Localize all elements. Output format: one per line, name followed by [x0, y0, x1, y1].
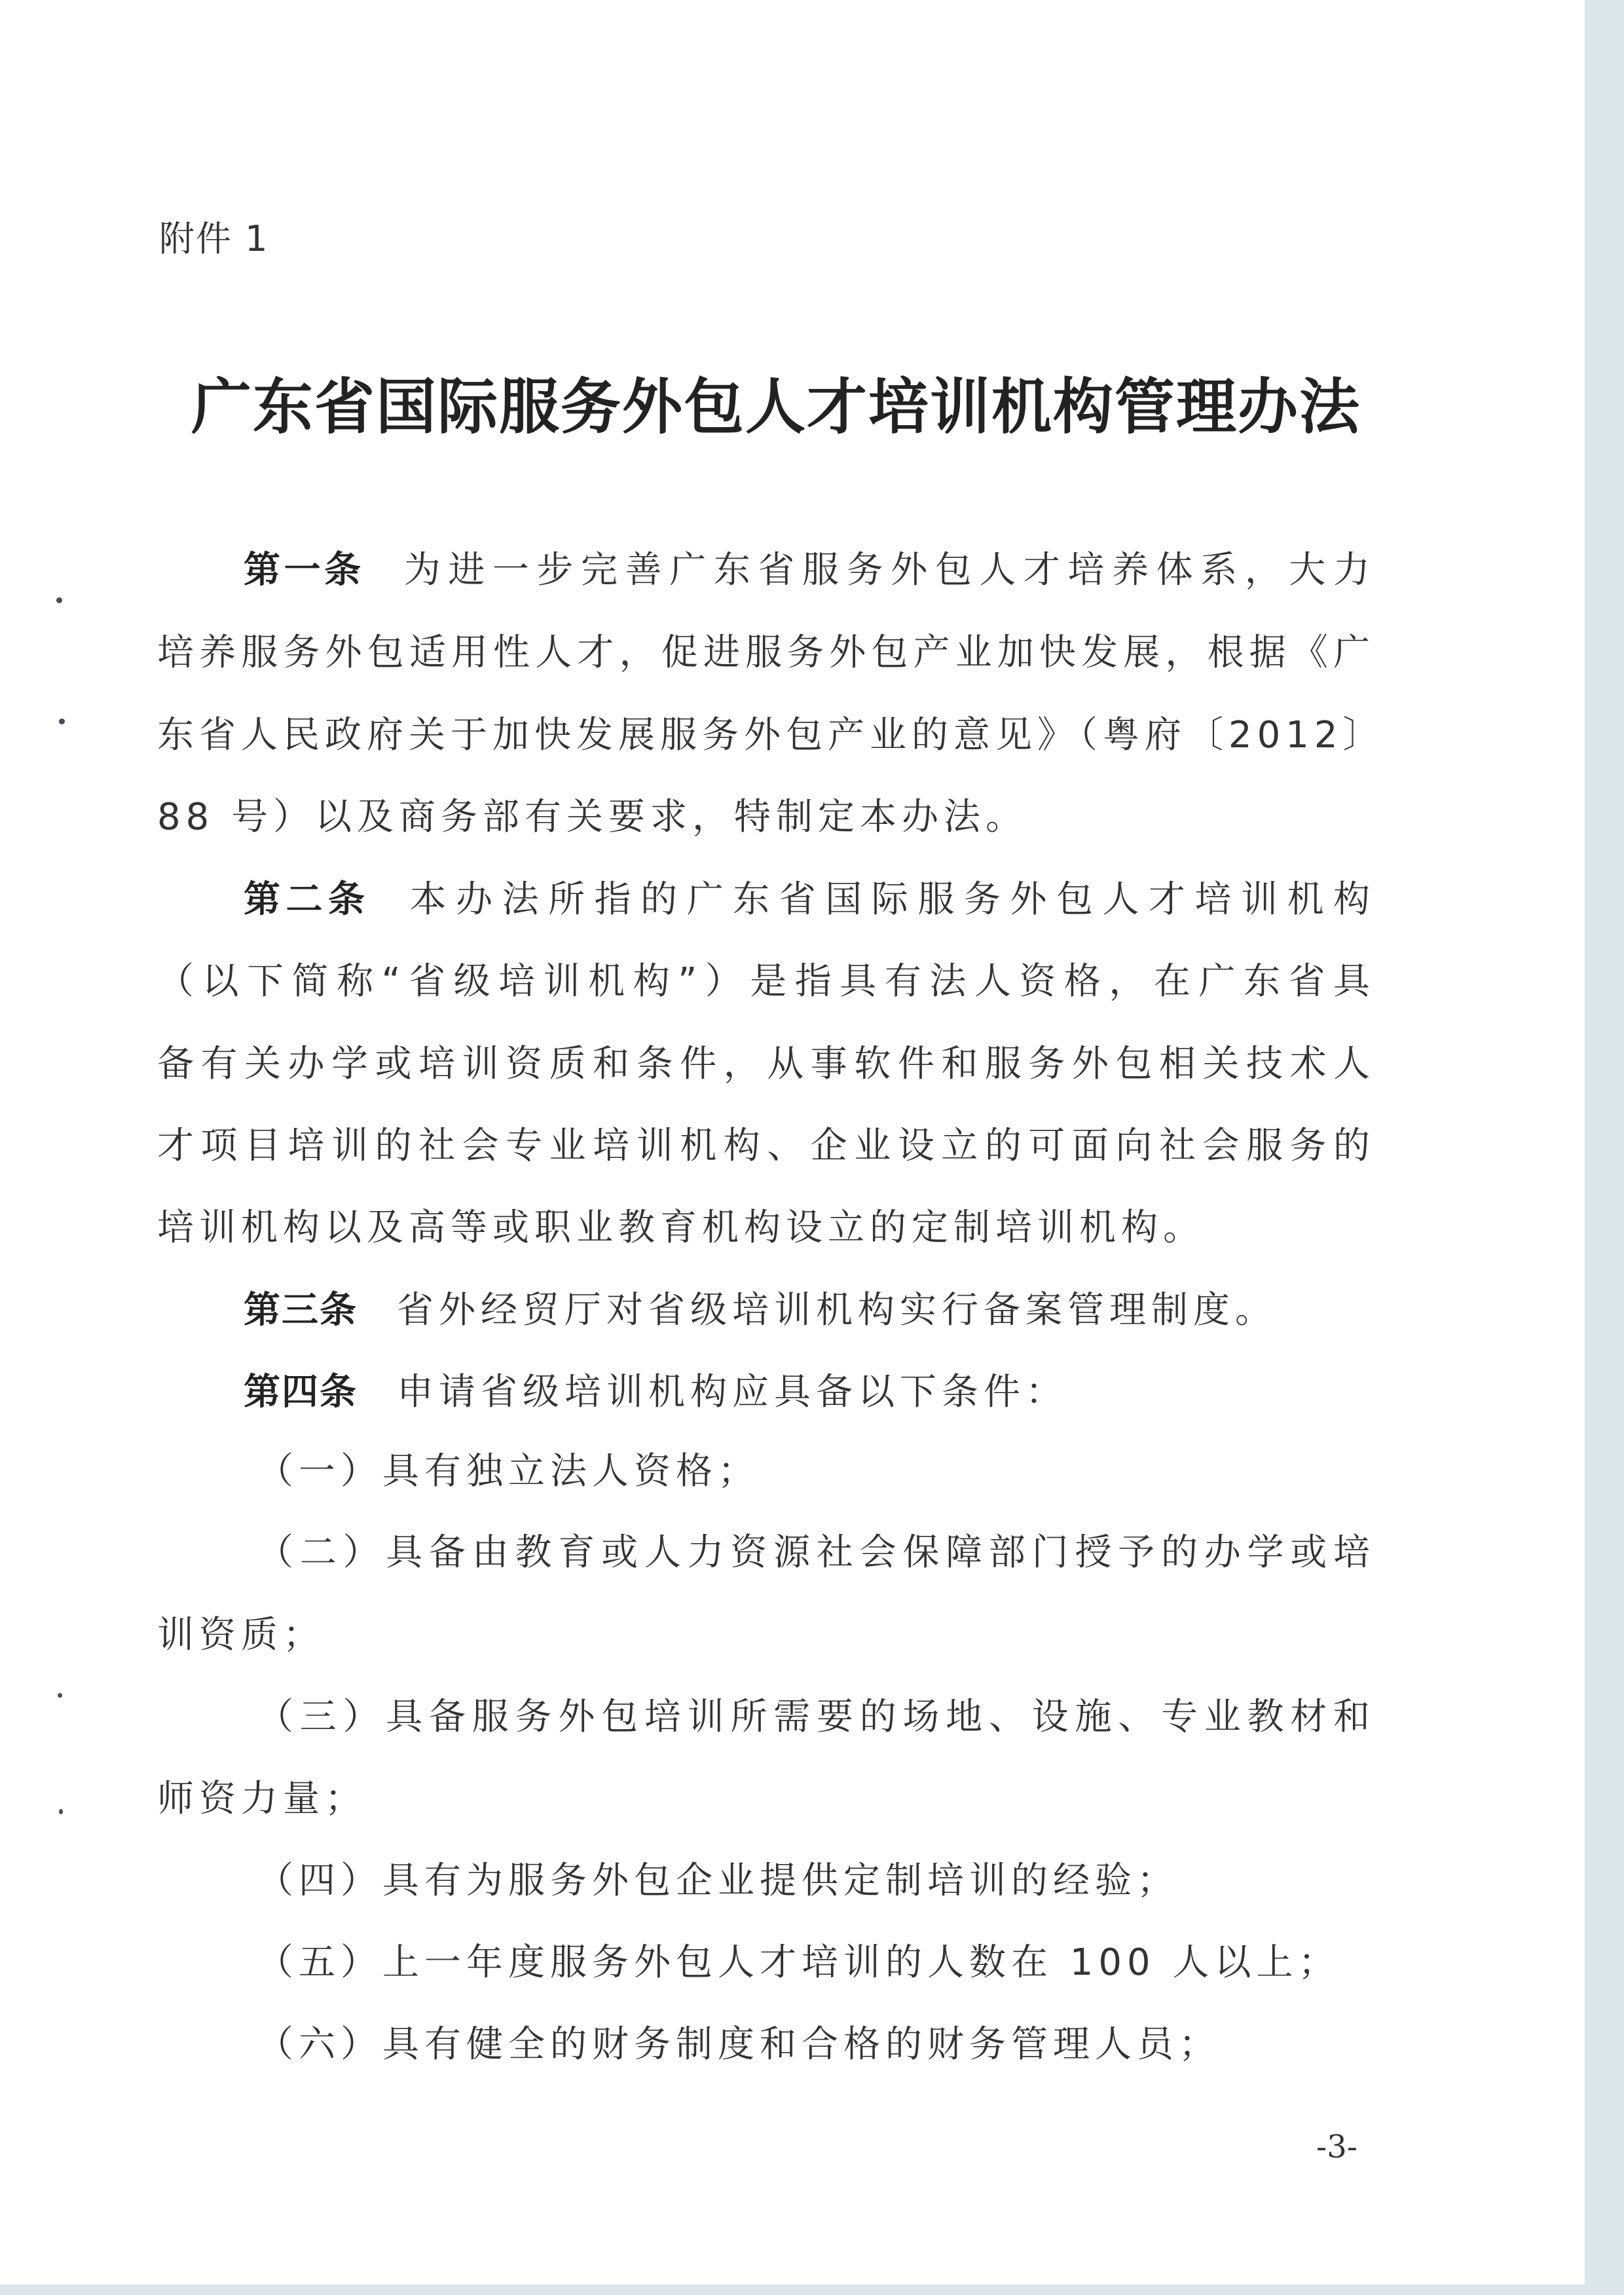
- article-number: 第四条: [244, 1371, 358, 1413]
- condition-item-1: （一）具有独立法人资格；: [257, 1449, 1375, 1495]
- article-4-line-1: 第四条申请省级培训机构应具备以下条件：: [244, 1370, 1375, 1415]
- condition-item-3-line-2: 师资力量；: [157, 1776, 1375, 1822]
- condition-item-6: （六）具有健全的财务制度和合格的财务管理人员；: [257, 2022, 1375, 2068]
- condition-item-2-line-2: 训资质；: [157, 1613, 1375, 1658]
- condition-item-3-line-1: （三）具备服务外包培训所需要的场地、设施、专业教材和: [257, 1694, 1375, 1740]
- scan-mark-dot: [59, 1809, 63, 1814]
- document-page: 附件 1 广东省国际服务外包人才培训机构管理办法 第一条为进一步完善广东省服务外…: [0, 0, 1585, 2285]
- article-text: 申请省级培训机构应具备以下条件：: [397, 1371, 1067, 1413]
- article-1-line-4: 88 号）以及商务部有关要求，特制定本办法。: [157, 794, 1375, 840]
- article-2-line-3: 备有关办学或培训资质和条件，从事软件和服务外包相关技术人: [157, 1041, 1375, 1087]
- article-number: 第二条: [244, 878, 371, 921]
- condition-item-4: （四）具有为服务外包企业提供定制培训的经验；: [257, 1858, 1375, 1904]
- attachment-label: 附件 1: [159, 211, 269, 261]
- page-number: -3-: [1316, 2129, 1357, 2165]
- article-number: 第三条: [244, 1289, 358, 1332]
- article-number: 第一条: [244, 549, 365, 591]
- article-3-line-1: 第三条省外经贸厅对省级培训机构实行备案管理制度。: [244, 1288, 1375, 1334]
- article-text: 本办法所指的广东省国际服务外包人才培训机构: [410, 878, 1375, 921]
- condition-item-2-line-1: （二）具备由教育或人力资源社会保障部门授予的办学或培: [257, 1530, 1375, 1576]
- article-1-line-1: 第一条为进一步完善广东省服务外包人才培养体系，大力: [244, 548, 1375, 593]
- scan-mark-dot: [58, 1693, 62, 1698]
- article-2-line-5: 培训机构以及高等或职业教育机构设立的定制培训机构。: [157, 1205, 1375, 1251]
- article-1-line-3: 东省人民政府关于加快发展服务外包产业的意见》（粤府〔2012〕: [157, 713, 1375, 758]
- article-1-line-2: 培养服务外包适用性人才，促进服务外包产业加快发展，根据《广: [157, 630, 1375, 676]
- condition-item-5: （五）上一年度服务外包人才培训的人数在 100 人以上；: [257, 1940, 1375, 1986]
- article-text: 省外经贸厅对省级培训机构实行备案管理制度。: [397, 1289, 1277, 1332]
- scan-mark-dot: [59, 718, 65, 724]
- article-2-line-4: 才项目培训的社会专业培训机构、企业设立的可面向社会服务的: [157, 1123, 1375, 1169]
- scan-mark-dot: [56, 597, 62, 603]
- article-2-line-2: （以下简称“省级培训机构”）是指具有法人资格，在广东省具: [157, 959, 1375, 1005]
- article-text: 为进一步完善广东省服务外包人才培养体系，大力: [404, 549, 1375, 591]
- document-title: 广东省国际服务外包人才培训机构管理办法: [191, 359, 1350, 445]
- article-2-line-1: 第二条本办法所指的广东省国际服务外包人才培训机构: [244, 877, 1375, 923]
